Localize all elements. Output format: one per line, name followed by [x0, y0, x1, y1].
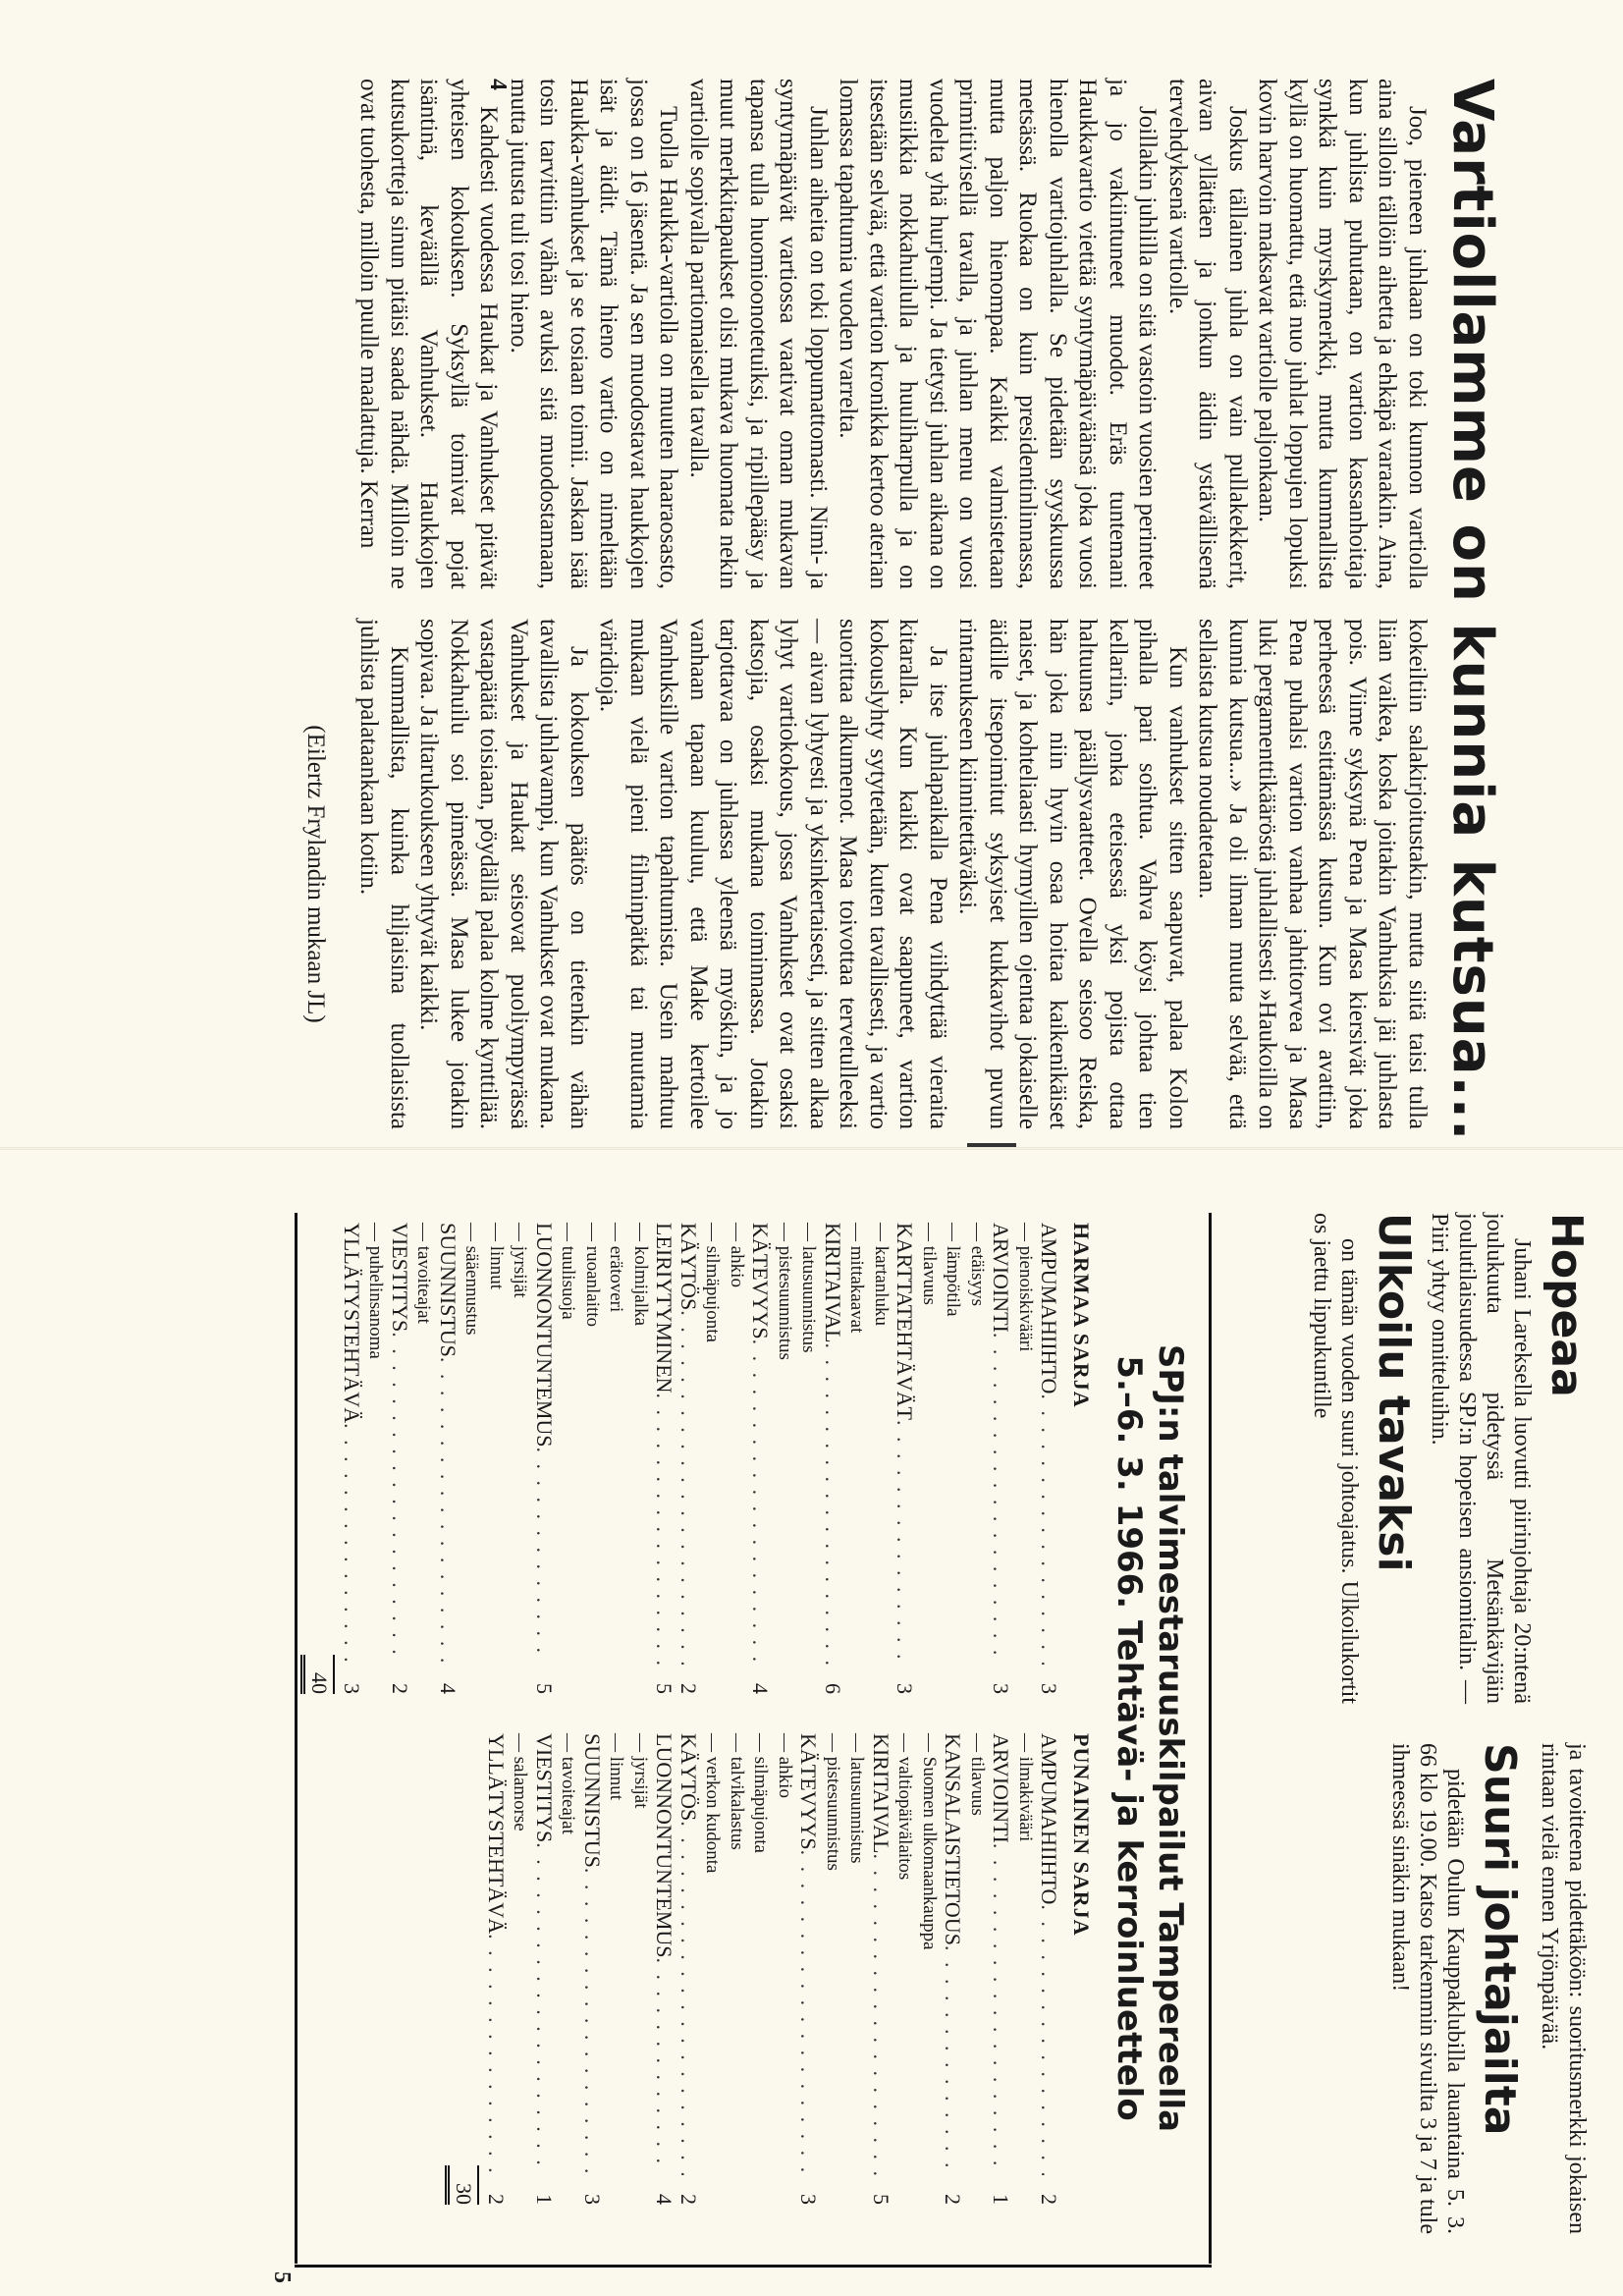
table-row: — tavoiteajat: [556, 1733, 580, 2205]
row-value: 2: [676, 2175, 701, 2205]
row-label: KIRITAIVAL: [821, 1223, 845, 1342]
row-label: — tilavuus: [917, 1223, 942, 1305]
row-value: 5: [652, 1665, 676, 1694]
row-value: [725, 2175, 749, 2205]
row-value: 4: [748, 1665, 773, 1694]
row-label: YLLÄTYSTEHTÄVÄ: [484, 1733, 509, 1934]
row-label: — erätoveri: [604, 1223, 628, 1312]
table-row: — latusuunnistus: [844, 1733, 869, 2205]
table-row: — pistesuunnistus: [821, 1733, 845, 2205]
row-label: — tuulisuoja: [556, 1223, 580, 1320]
table-total: 30: [445, 1733, 480, 2205]
row-label: — puhelinsanoma: [363, 1223, 388, 1359]
row-label: SUUNNISTUS: [580, 1733, 605, 1868]
row-label: KÄTEVYYS: [748, 1223, 773, 1339]
johtajailta-headline: Suuri johtajailta: [1475, 1743, 1524, 2234]
paragraph: kokeiltiin salakirjoitustakin, mutta sii…: [1192, 619, 1432, 1129]
table-row: AMPUMAHIIHTO2: [1037, 1733, 1061, 2205]
leader-dots: [580, 1868, 605, 2175]
row-value: 3: [580, 2175, 605, 2205]
row-label: — tavoiteajat: [556, 1733, 580, 1834]
page-fold: [0, 1147, 1623, 1150]
row-label: AMPUMAHIIHTO: [1037, 1733, 1061, 1904]
row-value: [893, 2175, 917, 2205]
row-label: ARVIOINTI: [989, 1223, 1013, 1333]
row-label: — kartanluku: [869, 1223, 893, 1326]
row-label: — linnut: [604, 1733, 628, 1800]
table-row: — Suomen ulkomaankauppa: [917, 1733, 942, 2205]
table-row: KÄYTÖS2: [676, 1223, 701, 1694]
row-label: LUONNONTUNTEMUS: [532, 1223, 557, 1448]
row-label: — sääennustus: [460, 1223, 484, 1336]
competition-title-1: SPJ:n talvimestaruuskilpailut Tampereell…: [1150, 1223, 1191, 2254]
row-label: — latusuunnistus: [844, 1733, 869, 1863]
page-number: 4: [484, 79, 511, 90]
row-label: AMPUMAHIIHTO: [1037, 1223, 1061, 1394]
news-column-left: Hopeaa Juhani Lareksella luovutti piirin…: [1217, 1213, 1591, 1704]
leader-dots: [532, 1448, 557, 1665]
row-value: [508, 2175, 532, 2205]
article-credit: (Eilertz Frylandin mukaan JL): [300, 619, 331, 1129]
row-value: [700, 2175, 725, 2205]
table-row: KIRITAIVAL6: [821, 1223, 845, 1694]
row-label: KIRITAIVAL: [869, 1733, 893, 1853]
table-row: VIESTITYS2: [388, 1223, 412, 1694]
johtajailta-text: pidetään Oulun Kauppaklubilla lauantaina…: [1386, 1743, 1469, 2234]
table-row: — latusuunnistus: [796, 1223, 821, 1694]
leader-dots: [869, 1853, 893, 2175]
table-row: — linnut: [484, 1223, 509, 1694]
table-row: — puhelinsanoma: [363, 1223, 388, 1694]
hopeaa-text: Juhani Lareksella luovutti piirinjohtaja…: [1426, 1213, 1536, 1704]
table-row: KARTTATEHTÄVÄT3: [893, 1223, 917, 1694]
row-value: 3: [796, 2175, 821, 2205]
row-label: — pistesuunnistus: [773, 1223, 797, 1360]
leader-dots: [652, 1958, 676, 2175]
row-value: [628, 2175, 653, 2205]
row-label: KÄYTÖS: [676, 1223, 701, 1310]
paragraph: Kahdesti vuodessa Haukat ja Vanhukset pi…: [353, 79, 504, 589]
row-label: — linnut: [484, 1223, 509, 1289]
page-5: Hopeaa Juhani Lareksella luovutti piirin…: [39, 1213, 1591, 2264]
leader-dots: [652, 1394, 676, 1665]
table-row: ARVIOINTI3: [989, 1223, 1013, 1694]
leader-dots: [941, 1945, 965, 2175]
table-row: — ahkio: [725, 1223, 749, 1694]
row-value: 5: [532, 1665, 557, 1694]
table-row: — tilavuus: [965, 1733, 990, 2205]
leader-dots: [1037, 1394, 1061, 1665]
row-label: KÄTEVYYS: [796, 1733, 821, 1850]
magazine-spread: Vartiollamme on kunnia kutsua... Joo, pi…: [0, 0, 1623, 2296]
row-value: [700, 1665, 725, 1694]
paragraph: Joskus tällainen juhla on vain pullakekk…: [1163, 79, 1253, 589]
row-label: VIESTITYS: [532, 1733, 557, 1842]
page-4: Vartiollamme on kunnia kutsua... Joo, pi…: [49, 79, 1502, 1129]
harmaa-sarja-table: HARMAA SARJA AMPUMAHIIHTO3— pienoiskivää…: [300, 1223, 1093, 1694]
ulkoilu-text: on tämän vuoden suuri johtoajatus. Ulkoi…: [1308, 1213, 1363, 1704]
table-row: — talvikalastus: [725, 1733, 749, 2205]
row-value: 1: [532, 2175, 557, 2205]
row-value: [604, 1665, 628, 1694]
table-row: ARVIOINTI1: [989, 1733, 1013, 2205]
row-label: KÄYTÖS: [676, 1733, 701, 1821]
ulkoilu-headline: Ulkoilu tavaksi: [1369, 1213, 1418, 1704]
table-row: — pienoiskivääri: [1013, 1223, 1038, 1694]
paragraph: Joo, pieneen juhlaan on toki kunnon vart…: [1252, 79, 1432, 589]
article-column-2: kokeiltiin salakirjoitustakin, mutta sii…: [300, 619, 1433, 1129]
row-value: 3: [1037, 1665, 1061, 1694]
row-value: [580, 1665, 605, 1694]
paragraph: Kummallista, kuinka hiljaisina tuollaisi…: [353, 619, 413, 1129]
row-label: — ahkio: [773, 1733, 797, 1798]
row-label: KARTTATEHTÄVÄT: [893, 1223, 917, 1420]
row-value: 2: [388, 1665, 412, 1694]
table-row: — sääennustus: [460, 1223, 484, 1694]
row-value: 4: [436, 1665, 460, 1694]
row-label: — salamorse: [508, 1733, 532, 1831]
table-row: — valtiopäivälaitos: [893, 1733, 917, 2205]
row-label: — latusuunnistus: [796, 1223, 821, 1352]
row-value: [725, 1665, 749, 1694]
row-value: [844, 2175, 869, 2205]
fold-mark: [967, 1143, 1016, 1147]
table-total: 40: [300, 1223, 336, 1694]
row-value: [556, 1665, 580, 1694]
paragraph: Joillakin juhlilla on sitä vastoin vuosi…: [833, 79, 1163, 589]
row-label: — pienoiskivääri: [1013, 1223, 1038, 1351]
row-label: — tilavuus: [965, 1733, 990, 1816]
row-label: — jyrsijät: [628, 1733, 653, 1809]
row-label: SUUNNISTUS: [436, 1223, 460, 1357]
table-row: LUONNONTUNTEMUS5: [532, 1223, 557, 1694]
row-label: — silmäpujonta: [700, 1223, 725, 1342]
table-row: KÄTEVYYS3: [796, 1733, 821, 2205]
row-value: [773, 2175, 797, 2205]
row-value: 2: [484, 2175, 509, 2205]
page-number: 5: [268, 2271, 295, 2283]
row-label: — Suomen ulkomaankauppa: [917, 1733, 942, 1950]
leader-dots: [1037, 1904, 1061, 2175]
leader-dots: [748, 1339, 773, 1665]
table-row: AMPUMAHIIHTO3: [1037, 1223, 1061, 1694]
row-value: [1013, 2175, 1038, 2205]
news-column-right: ja tavoitteena pidettäköön: suoritusmerk…: [1217, 1743, 1591, 2234]
leader-dots: [676, 1310, 701, 1665]
row-value: [628, 1665, 653, 1694]
row-label: — verkon kudonta: [700, 1733, 725, 1873]
row-value: [965, 2175, 990, 2205]
row-value: [363, 1665, 388, 1694]
table-row: — erätoveri: [604, 1223, 628, 1694]
table-row: — ahkio: [773, 1733, 797, 2205]
row-label: — talvikalastus: [725, 1733, 749, 1850]
row-value: [1013, 1665, 1038, 1694]
row-value: 5: [869, 2175, 893, 2205]
row-value: [917, 1665, 942, 1694]
table-header: PUNAINEN SARJA: [1069, 1733, 1094, 2205]
row-value: 2: [1037, 2175, 1061, 2205]
row-value: [917, 2175, 942, 2205]
article-headline: Vartiollamme on kunnia kutsua...: [1441, 79, 1502, 1129]
row-value: 2: [676, 1665, 701, 1694]
table-row: — silmäpujonta: [748, 1733, 773, 2205]
ulkoilu-continuation: ja tavoitteena pidettäköön: suoritusmerk…: [1536, 1743, 1591, 2234]
paragraph: Juhlan aiheita on toki loppumattomasti. …: [683, 79, 834, 589]
table-row: YLLÄTYSTEHTÄVÄ3: [340, 1223, 364, 1694]
table-row: — silmäpujonta: [700, 1223, 725, 1694]
leader-dots: [436, 1357, 460, 1665]
table-row: — lämpötila: [941, 1223, 965, 1694]
table-row: — jyrsijät: [508, 1223, 532, 1694]
row-value: [411, 1665, 436, 1694]
row-label: ARVIOINTI: [989, 1733, 1013, 1843]
leader-dots: [676, 1821, 701, 2175]
row-label: — lämpötila: [941, 1223, 965, 1317]
paragraph: Tuolla Haukka-vartiolla on muuten haarao…: [504, 79, 683, 589]
table-row: — salamorse: [508, 1733, 532, 2205]
table-row: — ruoanlaitto: [580, 1223, 605, 1694]
leader-dots: [388, 1332, 412, 1665]
row-label: — pistesuunnistus: [821, 1733, 845, 1871]
table-row: YLLÄTYSTEHTÄVÄ2: [484, 1733, 509, 2205]
table-header: HARMAA SARJA: [1069, 1223, 1094, 1694]
table-row: KÄTEVYYS4: [748, 1223, 773, 1694]
table-row: — jyrsijät: [628, 1733, 653, 2205]
table-row: — pistesuunnistus: [773, 1223, 797, 1694]
paragraph: Ja kokouksen päätös on tietenkin vähän t…: [413, 619, 593, 1129]
leader-dots: [989, 1333, 1013, 1665]
row-label: — etäisyys: [965, 1223, 990, 1306]
table-row: — linnut: [604, 1733, 628, 2205]
leader-dots: [989, 1843, 1013, 2175]
row-value: [965, 1665, 990, 1694]
table-row: — etäisyys: [965, 1223, 990, 1694]
leader-dots: [893, 1420, 917, 1665]
row-value: [844, 1665, 869, 1694]
punainen-sarja-table: PUNAINEN SARJA AMPUMAHIIHTO2— ilmakiväär…: [300, 1733, 1093, 2205]
table-row: — tilavuus: [917, 1223, 942, 1694]
row-value: [748, 2175, 773, 2205]
competition-title-2: 5.–6. 3. 1966. Tehtävä- ja kerroinluette…: [1109, 1223, 1150, 2254]
paragraph: Ja itse juhlapaikalla Pena viihdyttää vi…: [593, 619, 952, 1129]
row-label: — mittakaavat: [844, 1223, 869, 1333]
leader-dots: [340, 1423, 364, 1665]
row-label: — tavoiteajat: [411, 1223, 436, 1324]
table-row: KANSALAISTIETOUS2: [941, 1733, 965, 2205]
leader-dots: [532, 1842, 557, 2175]
paragraph: Kun vanhukset sitten saapuvat, palaa Kol…: [952, 619, 1192, 1129]
table-row: — kolmijalka: [628, 1223, 653, 1694]
row-value: [604, 2175, 628, 2205]
row-label: YLLÄTYSTEHTÄVÄ: [340, 1223, 364, 1423]
row-value: 2: [941, 2175, 965, 2205]
table-row: VIESTITYS1: [532, 1733, 557, 2205]
row-value: [484, 1665, 509, 1694]
row-value: 3: [989, 1665, 1013, 1694]
table-row: KIRITAIVAL5: [869, 1733, 893, 2205]
row-value: 6: [821, 1665, 845, 1694]
row-label: — kolmijalka: [628, 1223, 653, 1326]
table-row: — mittakaavat: [844, 1223, 869, 1694]
leader-dots: [796, 1850, 821, 2175]
row-value: [821, 2175, 845, 2205]
row-label: — silmäpujonta: [748, 1733, 773, 1853]
row-label: — valtiopäivälaitos: [893, 1733, 917, 1880]
row-label: — jyrsijät: [508, 1223, 532, 1298]
row-value: [508, 1665, 532, 1694]
table-row: LUONNONTUNTEMUS4: [652, 1733, 676, 2205]
row-value: [796, 1665, 821, 1694]
table-row: — ilmakivääri: [1013, 1733, 1038, 2205]
row-value: [773, 1665, 797, 1694]
leader-dots: [484, 1934, 509, 2175]
row-label: LUONNONTUNTEMUS: [652, 1733, 676, 1958]
row-value: 3: [340, 1665, 364, 1694]
row-value: [556, 2175, 580, 2205]
table-row: — tuulisuoja: [556, 1223, 580, 1694]
row-label: KANSALAISTIETOUS: [941, 1733, 965, 1945]
row-label: — ilmakivääri: [1013, 1733, 1038, 1841]
table-row: LEIRIYTYMINEN5: [652, 1223, 676, 1694]
article-column-1: Joo, pieneen juhlaan on toki kunnon vart…: [300, 79, 1433, 589]
table-row: — tavoiteajat: [411, 1223, 436, 1694]
row-label: — ahkio: [725, 1223, 749, 1287]
hopeaa-headline: Hopeaa: [1542, 1213, 1591, 1704]
table-row: — kartanluku: [869, 1223, 893, 1694]
table-row: SUUNNISTUS3: [580, 1733, 605, 2205]
row-value: [869, 1665, 893, 1694]
competition-box: SPJ:n talvimestaruuskilpailut Tampereell…: [295, 1213, 1212, 2264]
row-value: 1: [989, 2175, 1013, 2205]
table-row: KÄYTÖS2: [676, 1733, 701, 2205]
row-value: 4: [652, 2175, 676, 2205]
row-label: VIESTITYS: [388, 1223, 412, 1332]
row-value: [941, 1665, 965, 1694]
leader-dots: [821, 1342, 845, 1665]
row-value: 3: [893, 1665, 917, 1694]
table-row: — verkon kudonta: [700, 1733, 725, 2205]
row-label: LEIRIYTYMINEN: [652, 1223, 676, 1394]
table-row: SUUNNISTUS4: [436, 1223, 460, 1694]
row-label: — ruoanlaitto: [580, 1223, 605, 1327]
row-value: [460, 1665, 484, 1694]
